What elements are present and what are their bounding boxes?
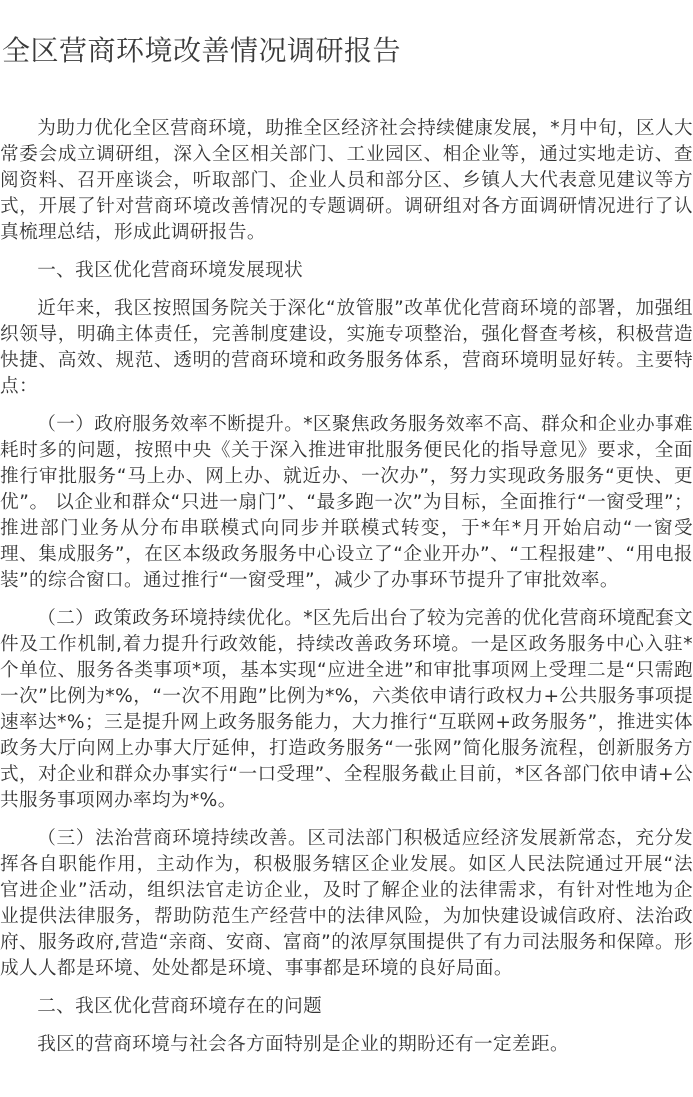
section-2-intro-paragraph: 我区的营商环境与社会各方面特别是企业的期盼还有一定差距。 [0,1032,693,1058]
intro-paragraph: 为助力优化全区营商环境，助推全区经济社会持续健康发展，*月中旬，区人大常委会成立… [0,116,693,246]
section-heading-1: 一、我区优化营商环境发展现状 [0,258,693,284]
section-1-intro-paragraph: 近年来，我区按照国务院关于深化“放管服”改革优化营商环境的部署，加强组织领导，明… [0,296,693,400]
subsection-1-paragraph: （一）政府服务效率不断提升。*区聚焦政务服务效率不高、群众和企业办事难耗时多的问… [0,412,693,594]
section-heading-2: 二、我区优化营商环境存在的问题 [0,994,693,1020]
document-body: 为助力优化全区营商环境，助推全区经济社会持续健康发展，*月中旬，区人大常委会成立… [0,116,693,1070]
subsection-3-paragraph: （三）法治营商环境持续改善。区司法部门积极适应经济发展新常态，充分发挥各自职能作… [0,826,693,982]
document-title: 全区营商环境改善情况调研报告 [2,34,401,68]
subsection-2-paragraph: （二）政策政务环境持续优化。*区先后出台了较为完善的优化营商环境配套文件及工作机… [0,606,693,814]
